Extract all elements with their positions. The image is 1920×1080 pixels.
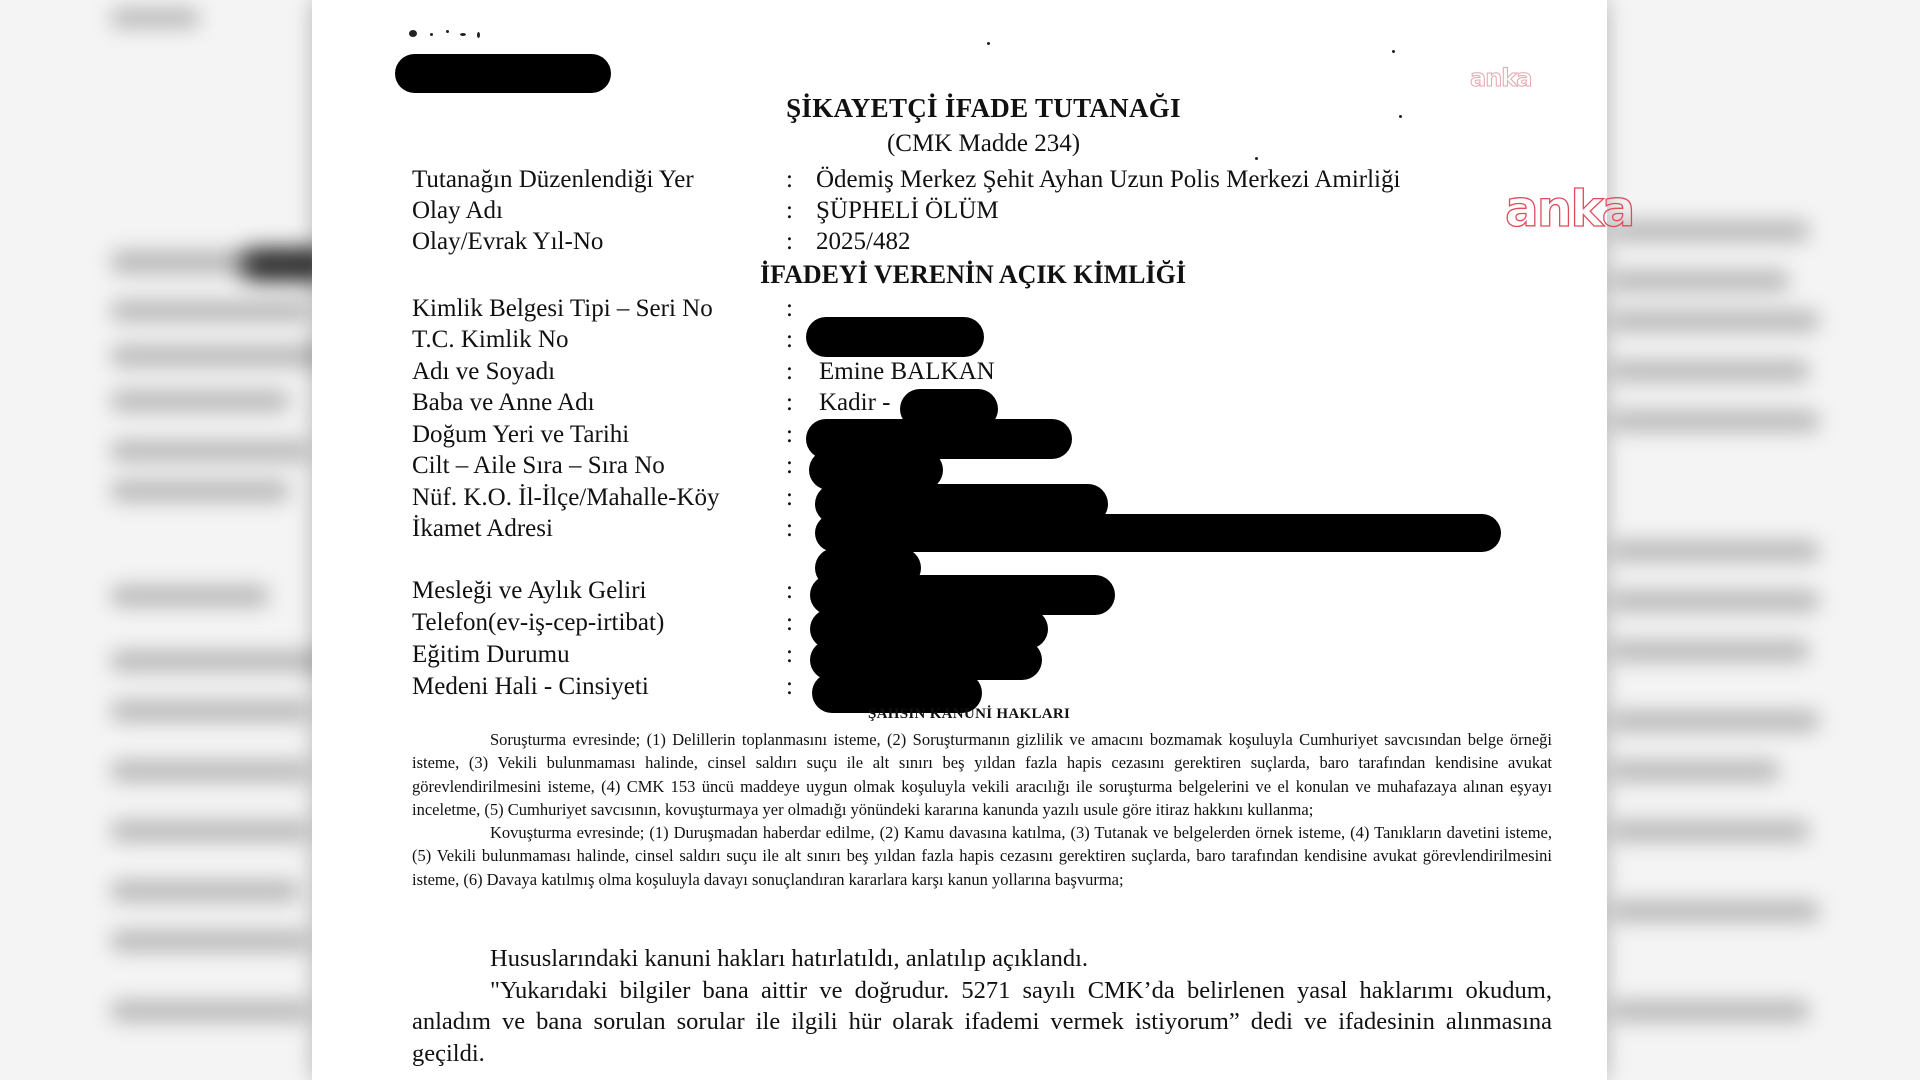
colon: : — [786, 166, 793, 194]
rights-heading: ŞAHSIN KANUNİ HAKLARI — [868, 706, 1070, 723]
identity-row-label: Medeni Hali - Cinsiyeti — [412, 673, 649, 701]
case-row-value: Ödemiş Merkez Şehit Ayhan Uzun Polis Mer… — [816, 166, 1400, 194]
colon: : — [786, 641, 793, 669]
scan-speck — [460, 33, 466, 36]
redaction-tc-kimlik — [806, 317, 984, 357]
document-page: anka ŞİKAYETÇİ İFADE TUTANAĞI (CMK Madde… — [312, 0, 1607, 1080]
colon: : — [786, 326, 793, 354]
scan-speck — [1392, 50, 1395, 53]
identity-heading: İFADEYİ VERENİN AÇIK KİMLİĞİ — [760, 260, 1186, 290]
case-row-value: ŞÜPHELİ ÖLÜM — [816, 197, 999, 225]
colon: : — [786, 389, 793, 417]
colon: : — [786, 452, 793, 480]
colon: : — [786, 577, 793, 605]
identity-row-label: Telefon(ev-iş-cep-irtibat) — [412, 609, 664, 637]
colon: : — [786, 421, 793, 449]
colon: : — [786, 228, 793, 256]
case-row-label: Olay Adı — [412, 197, 503, 225]
colon: : — [786, 609, 793, 637]
scan-speck — [987, 42, 990, 45]
scan-speck — [477, 32, 480, 38]
redaction-address — [815, 514, 1501, 552]
identity-row-label: Eğitim Durumu — [412, 641, 570, 669]
identity-row-label: Baba ve Anne Adı — [412, 389, 595, 417]
colon: : — [786, 673, 793, 701]
case-row-label: Olay/Evrak Yıl-No — [412, 228, 603, 256]
identity-row-label: Cilt – Aile Sıra – Sıra No — [412, 452, 665, 480]
body-paragraph-declaration: "Yukarıdaki bilgiler bana aittir ve doğr… — [412, 975, 1552, 1070]
body-paragraph-rights-reminded: Hususlarındaki kanuni hakları hatırlatıl… — [412, 943, 1552, 975]
identity-row-label: T.C. Kimlik No — [412, 326, 568, 354]
identity-row-label: Nüf. K.O. İl-İlçe/Mahalle-Köy — [412, 484, 720, 512]
document-subtitle: (CMK Madde 234) — [312, 130, 1607, 158]
colon: : — [786, 197, 793, 225]
colon: : — [786, 358, 793, 386]
identity-row-label: Doğum Yeri ve Tarihi — [412, 421, 629, 449]
identity-row-label: Mesleği ve Aylık Geliri — [412, 577, 646, 605]
rights-paragraph-prosecution: Kovuşturma evresinde; (1) Duruşmadan hab… — [412, 821, 1552, 891]
statement-body: Hususlarındaki kanuni hakları hatırlatıl… — [412, 943, 1552, 1069]
rights-paragraph-investigation: Soruşturma evresinde; (1) Delillerin top… — [412, 728, 1552, 821]
case-row-value: 2025/482 — [816, 228, 910, 256]
colon: : — [786, 295, 793, 323]
scan-speck — [409, 30, 417, 37]
redaction-bar — [395, 54, 611, 93]
scan-speck — [430, 33, 433, 36]
colon: : — [786, 484, 793, 512]
identity-row-label: Adı ve Soyadı — [412, 358, 555, 386]
document-title: ŞİKAYETÇİ İFADE TUTANAĞI — [312, 93, 1607, 124]
identity-row-label: İkamet Adresi — [412, 515, 553, 543]
rights-text: Soruşturma evresinde; (1) Delillerin top… — [412, 728, 1552, 891]
identity-name-value: Emine BALKAN — [819, 358, 995, 386]
identity-parents-value: Kadir - — [819, 389, 891, 417]
watermark-logo: anka — [1505, 180, 1633, 238]
colon: : — [786, 515, 793, 543]
case-row-label: Tutanağın Düzenlendiği Yer — [412, 166, 694, 194]
identity-row-label: Kimlik Belgesi Tipi – Seri No — [412, 295, 713, 323]
scan-speck — [446, 30, 449, 33]
watermark-small: anka — [1470, 64, 1531, 92]
